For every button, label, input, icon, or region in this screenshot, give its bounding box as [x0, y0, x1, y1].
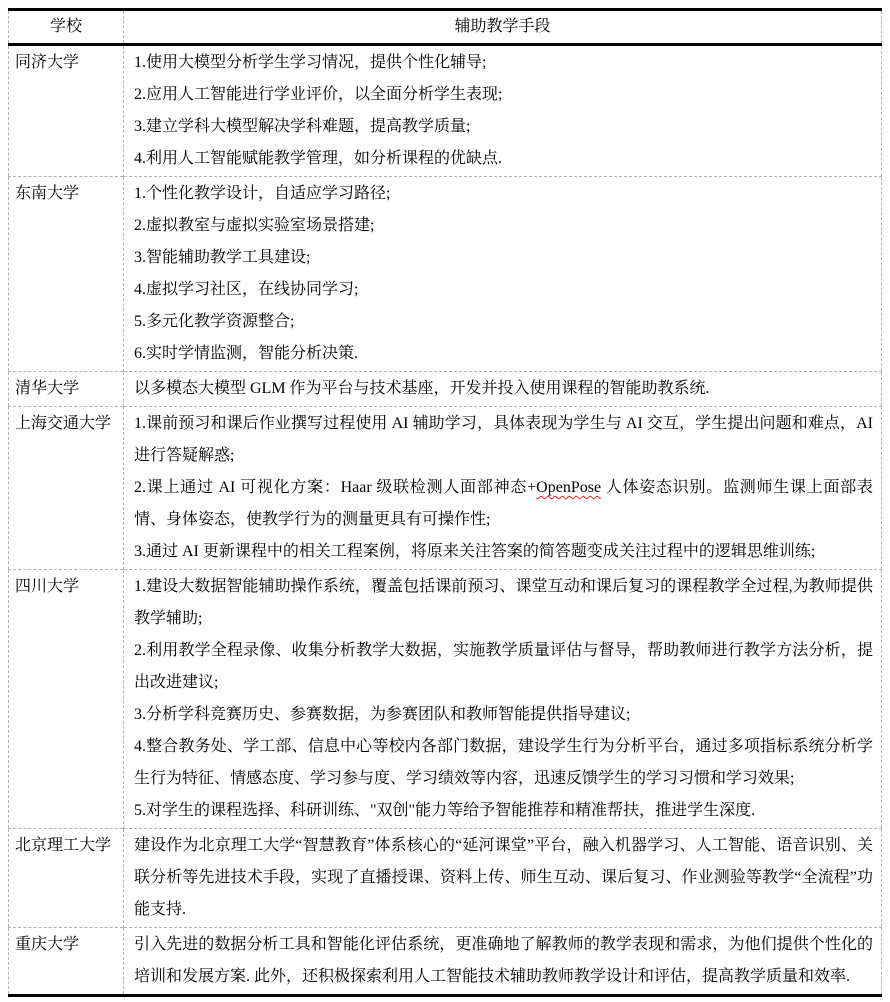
method-item: 1.建设大数据智能辅助操作系统，覆盖包括课前预习、课堂互动和课后复习的课程教学全… — [134, 571, 873, 635]
table-row: 北京理工大学建设作为北京理工大学“智慧教育”体系核心的“延河课堂”平台，融入机器… — [9, 829, 882, 928]
table-body: 同济大学1.使用大模型分析学生学习情况，提供个性化辅导;2.应用人工智能进行学业… — [9, 45, 882, 996]
methods-cell: 1.建设大数据智能辅助操作系统，覆盖包括课前预习、课堂互动和课后复习的课程教学全… — [124, 570, 882, 829]
school-cell: 北京理工大学 — [9, 829, 124, 928]
methods-cell: 建设作为北京理工大学“智慧教育”体系核心的“延河课堂”平台，融入机器学习、人工智… — [124, 829, 882, 928]
header-row: 学校 辅助教学手段 — [9, 10, 882, 45]
method-item: 2.利用教学全程录像、收集分析教学大数据，实施教学质量评估与督导，帮助教师进行教… — [134, 635, 873, 699]
method-item: 4.整合教务处、学工部、信息中心等校内各部门数据，建设学生行为分析平台，通过多项… — [134, 731, 873, 795]
table-row: 东南大学1.个性化教学设计，自适应学习路径;2.虚拟教室与虚拟实验室场景搭建;3… — [9, 177, 882, 372]
method-item: 4.虚拟学习社区，在线协同学习; — [134, 274, 873, 306]
school-cell: 四川大学 — [9, 570, 124, 829]
method-item: 4.利用人工智能赋能教学管理，如分析课程的优缺点. — [134, 143, 873, 175]
method-item: 1.个性化教学设计，自适应学习路径; — [134, 178, 873, 210]
school-cell: 清华大学 — [9, 372, 124, 407]
universities-ai-teaching-table: 学校 辅助教学手段 同济大学1.使用大模型分析学生学习情况，提供个性化辅导;2.… — [8, 8, 882, 997]
method-item: 引入先进的数据分析工具和智能化评估系统，更准确地了解教师的教学表现和需求，为他们… — [134, 929, 873, 993]
table-row: 清华大学以多模态大模型 GLM 作为平台与技术基座，开发并投入使用课程的智能助教… — [9, 372, 882, 407]
method-item: 建设作为北京理工大学“智慧教育”体系核心的“延河课堂”平台，融入机器学习、人工智… — [134, 830, 873, 926]
col-header-school: 学校 — [9, 10, 124, 45]
text-segment: 2.课上通过 AI 可视化方案：Haar 级联检测人面部神态+ — [134, 479, 536, 496]
school-cell: 东南大学 — [9, 177, 124, 372]
col-header-methods: 辅助教学手段 — [124, 10, 882, 45]
method-item: 2.虚拟教室与虚拟实验室场景搭建; — [134, 210, 873, 242]
method-item: 3.建立学科大模型解决学科难题，提高教学质量; — [134, 111, 873, 143]
spellcheck-underlined-word: OpenPose — [536, 479, 601, 496]
method-item: 2.应用人工智能进行学业评价，以全面分析学生表现; — [134, 79, 873, 111]
method-item: 3.通过 AI 更新课程中的相关工程案例，将原来关注答案的简答题变成关注过程中的… — [134, 536, 873, 568]
methods-cell: 引入先进的数据分析工具和智能化评估系统，更准确地了解教师的教学表现和需求，为他们… — [124, 928, 882, 996]
method-item: 以多模态大模型 GLM 作为平台与技术基座，开发并投入使用课程的智能助教系统. — [134, 373, 873, 405]
methods-cell: 1.个性化教学设计，自适应学习路径;2.虚拟教室与虚拟实验室场景搭建;3.智能辅… — [124, 177, 882, 372]
method-item: 6.实时学情监测，智能分析决策. — [134, 338, 873, 370]
table-row: 四川大学1.建设大数据智能辅助操作系统，覆盖包括课前预习、课堂互动和课后复习的课… — [9, 570, 882, 829]
method-item: 5.多元化教学资源整合; — [134, 306, 873, 338]
table-header: 学校 辅助教学手段 — [9, 10, 882, 45]
method-item: 5.对学生的课程选择、科研训练、"双创"能力等给予智能推荐和精准帮扶，推进学生深… — [134, 795, 873, 827]
method-item: 3.智能辅助教学工具建设; — [134, 242, 873, 274]
school-cell: 重庆大学 — [9, 928, 124, 996]
table-row: 重庆大学引入先进的数据分析工具和智能化评估系统，更准确地了解教师的教学表现和需求… — [9, 928, 882, 996]
methods-cell: 以多模态大模型 GLM 作为平台与技术基座，开发并投入使用课程的智能助教系统. — [124, 372, 882, 407]
school-cell: 上海交通大学 — [9, 407, 124, 570]
school-cell: 同济大学 — [9, 45, 124, 177]
method-item: 1.课前预习和课后作业撰写过程使用 AI 辅助学习，具体表现为学生与 AI 交互… — [134, 408, 873, 472]
method-item: 2.课上通过 AI 可视化方案：Haar 级联检测人面部神态+OpenPose … — [134, 472, 873, 536]
table-row: 上海交通大学1.课前预习和课后作业撰写过程使用 AI 辅助学习，具体表现为学生与… — [9, 407, 882, 570]
method-item: 3.分析学科竞赛历史、参赛数据，为参赛团队和教师智能提供指导建议; — [134, 699, 873, 731]
methods-cell: 1.使用大模型分析学生学习情况，提供个性化辅导;2.应用人工智能进行学业评价，以… — [124, 45, 882, 177]
table-row: 同济大学1.使用大模型分析学生学习情况，提供个性化辅导;2.应用人工智能进行学业… — [9, 45, 882, 177]
document-page: 学校 辅助教学手段 同济大学1.使用大模型分析学生学习情况，提供个性化辅导;2.… — [0, 0, 890, 1002]
methods-cell: 1.课前预习和课后作业撰写过程使用 AI 辅助学习，具体表现为学生与 AI 交互… — [124, 407, 882, 570]
method-item: 1.使用大模型分析学生学习情况，提供个性化辅导; — [134, 47, 873, 79]
